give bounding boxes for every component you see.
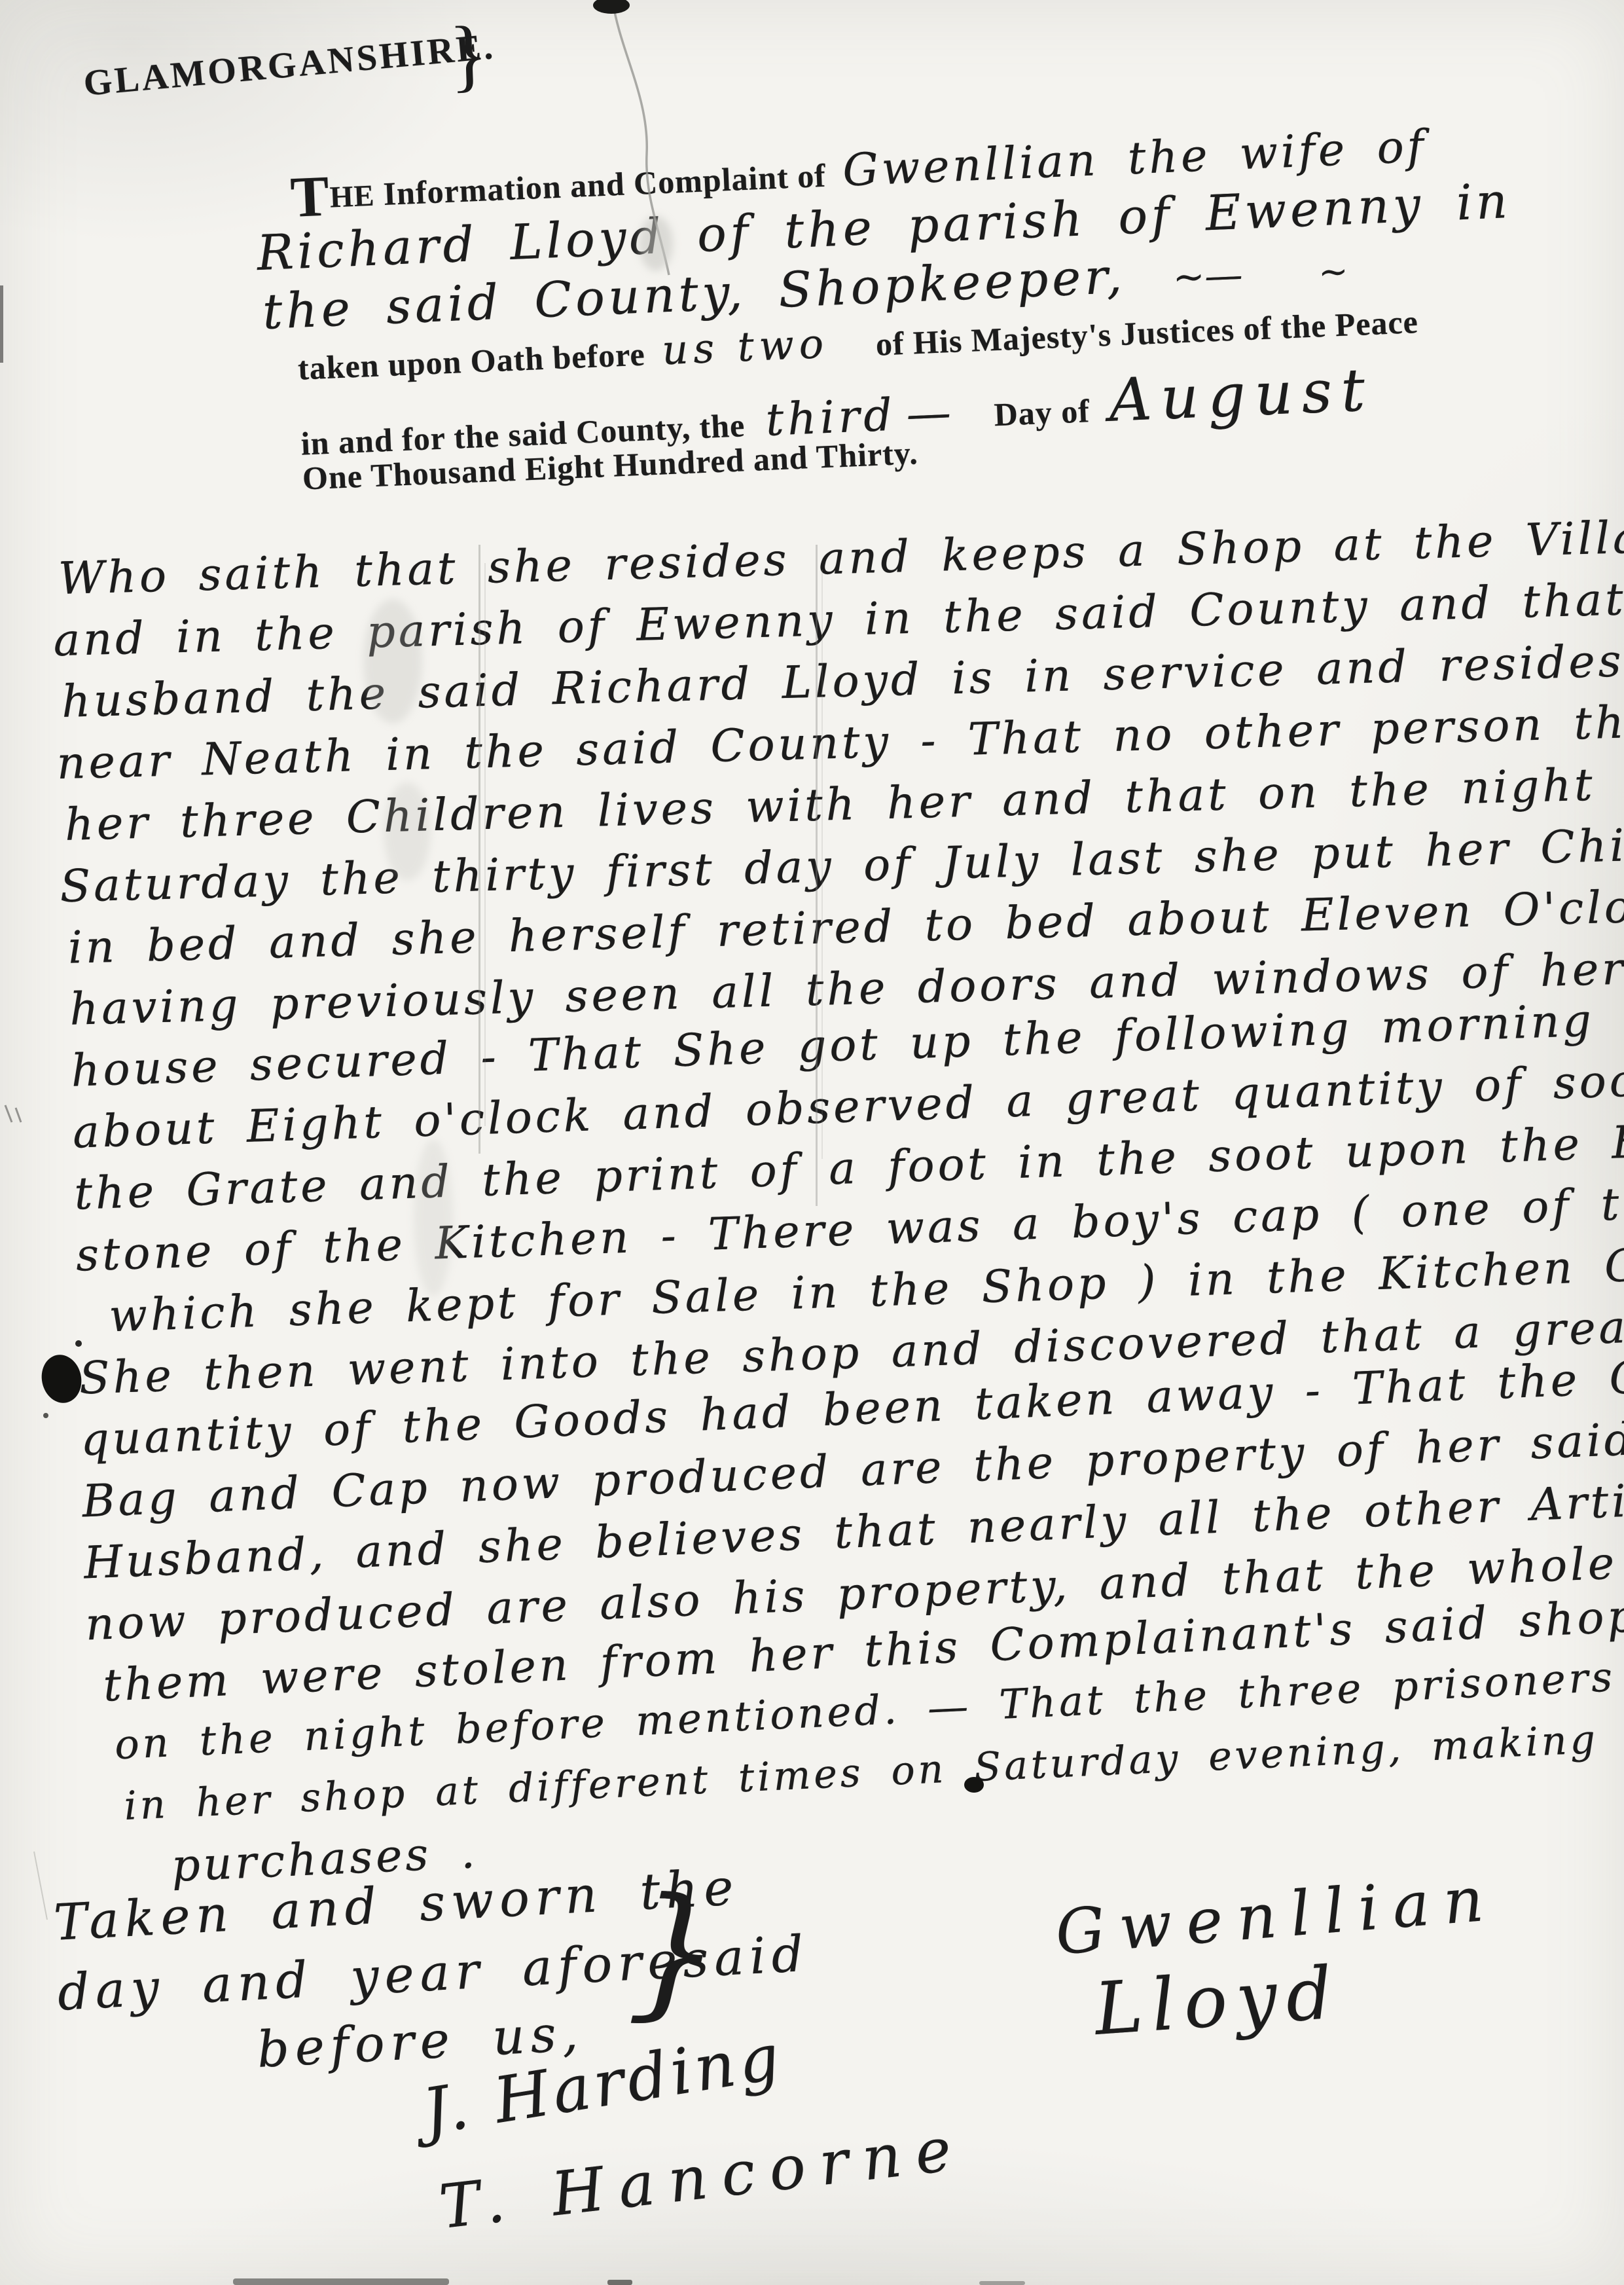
attestation-brace-icon: } — [625, 1863, 723, 2039]
signature-complainant-first: Gwenllian — [1053, 1863, 1500, 1969]
edge-mark — [0, 285, 3, 363]
top-edge-ink-mark — [593, 0, 630, 14]
preamble-block: THE Information and Complaint ofGwenllia… — [289, 115, 1494, 519]
the-rest: HE — [329, 179, 376, 214]
printed-oath: taken upon Oath before — [297, 336, 646, 387]
signature-complainant-surname: Lloyd — [1092, 1950, 1344, 2051]
document-page: GLAMORGANSHIRE. } THE Information and Co… — [0, 0, 1624, 2285]
pen-flourish: ~ — [1318, 250, 1349, 293]
printed-period: . — [909, 434, 919, 471]
drop-cap-T: T — [289, 164, 331, 229]
hw-month: August — [1108, 356, 1375, 435]
county-heading: GLAMORGANSHIRE. — [82, 26, 497, 105]
ink-speck — [43, 1413, 48, 1418]
hw-dash: — — [905, 387, 952, 441]
pen-flourish: ~— — [1172, 252, 1243, 299]
deposition-body: Who saith that she resides and keeps a S… — [58, 509, 1624, 1900]
printed-day-of: Day of — [993, 392, 1090, 433]
bottom-edge-mark — [233, 2278, 449, 2285]
county-brace-icon: } — [448, 14, 490, 96]
bottom-edge-mark — [979, 2281, 1025, 2285]
bottom-edge-mark — [607, 2280, 632, 2285]
corner-crease — [34, 1852, 47, 1920]
margin-tick — [5, 1105, 21, 1122]
hw-us-two: us two — [661, 320, 830, 375]
